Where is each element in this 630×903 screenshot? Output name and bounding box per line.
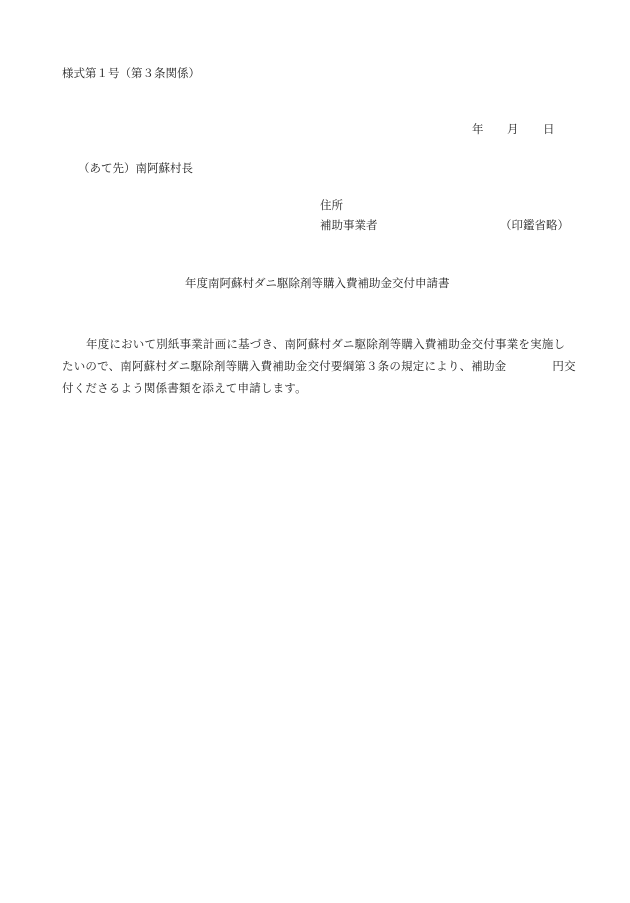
seal-note: （印鑑省略）: [500, 220, 569, 232]
address-label: 住所: [320, 200, 343, 212]
addressee: （あて先）南阿蘇村長: [78, 163, 193, 175]
body-line-3: 付くださるよう関係書類を添えて申請します。: [62, 377, 582, 399]
application-body: 年度において別紙事業計画に基づき、南阿蘇村ダニ駆除剤等購入費補助金交付事業を実施…: [62, 333, 582, 399]
date-day: 日: [543, 124, 555, 136]
applicant-name-label: 補助事業者: [320, 220, 378, 232]
date-year: 年: [472, 124, 484, 136]
document-title: 年度南阿蘇村ダニ駆除剤等購入費補助金交付申請書: [185, 278, 450, 290]
body-line-2: たいので、南阿蘇村ダニ駆除剤等購入費補助金交付要綱第３条の規定により、補助金円交: [62, 355, 582, 377]
body-line-1: 年度において別紙事業計画に基づき、南阿蘇村ダニ駆除剤等購入費補助金交付事業を実施…: [62, 333, 582, 355]
date-month: 月: [507, 124, 519, 136]
form-number: 様式第１号（第３条関係）: [62, 68, 200, 80]
